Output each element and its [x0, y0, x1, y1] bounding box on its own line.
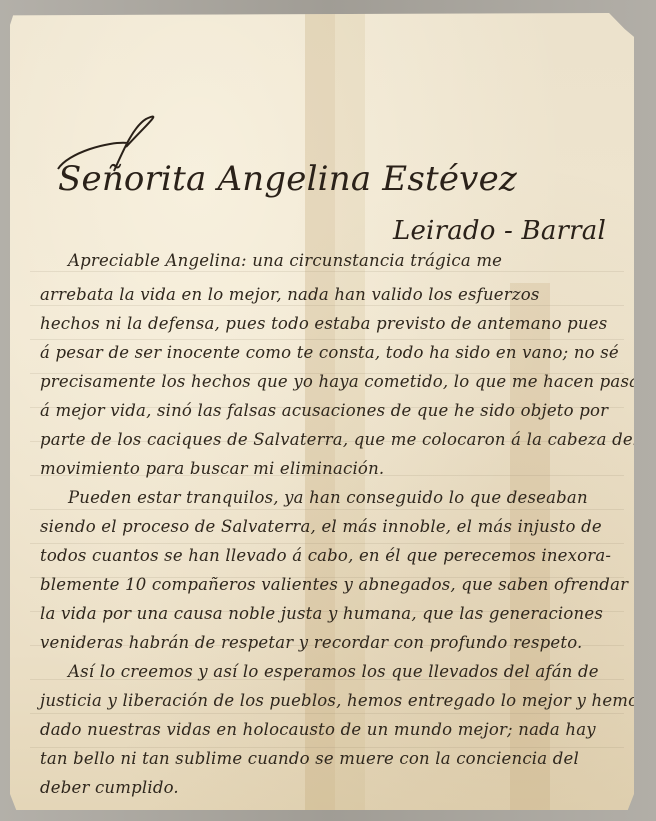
letter-page: Señorita Angelina Estévez Leirado - Barr… — [10, 13, 634, 810]
letter-line: á mejor vida, sinó las falsas acusacione… — [40, 401, 608, 420]
letter-line: siendo el proceso de Salvaterra, el más … — [40, 517, 602, 536]
ruled-line — [30, 543, 624, 544]
letter-line: blemente 10 compañeros valientes y abneg… — [40, 575, 628, 594]
ruled-line — [30, 339, 624, 340]
letter-line: Pueden estar tranquilos, ya han consegui… — [68, 488, 588, 507]
ruled-line — [30, 713, 624, 714]
ruled-line — [30, 747, 624, 748]
letter-line: hechos ni la defensa, pues todo estaba p… — [40, 314, 607, 333]
ruled-line — [30, 271, 624, 272]
letter-line: deber cumplido. — [40, 778, 179, 797]
addressee-place: Leirado - Barral — [393, 216, 606, 246]
letter-line: tan bello ni tan sublime cuando se muere… — [40, 749, 579, 768]
letter-line: á pesar de ser inocente como te consta, … — [40, 343, 619, 362]
letter-line: movimiento para buscar mi eliminación. — [40, 459, 384, 478]
letter-line: precisamente los hechos que yo haya come… — [40, 372, 647, 391]
letter-line: Así lo creemos y así lo esperamos los qu… — [68, 662, 599, 681]
letter-line: justicia y liberación de los pueblos, he… — [40, 691, 656, 710]
letter-line: venideras habrán de respetar y recordar … — [40, 633, 583, 652]
letter-line: todos cuantos se han llevado á cabo, en … — [40, 546, 611, 565]
letter-line: dado nuestras vidas en holocausto de un … — [40, 720, 596, 739]
ruled-line — [30, 305, 624, 306]
addressee-name: Señorita Angelina Estévez — [58, 159, 517, 199]
letter-line: arrebata la vida en lo mejor, nada han v… — [40, 285, 540, 304]
letter-line: parte de los caciques de Salvaterra, que… — [40, 430, 638, 449]
ruled-line — [30, 509, 624, 510]
letter-line: Apreciable Angelina: una circunstancia t… — [68, 251, 502, 270]
letter-line: la vida por una causa noble justa y huma… — [40, 604, 603, 623]
